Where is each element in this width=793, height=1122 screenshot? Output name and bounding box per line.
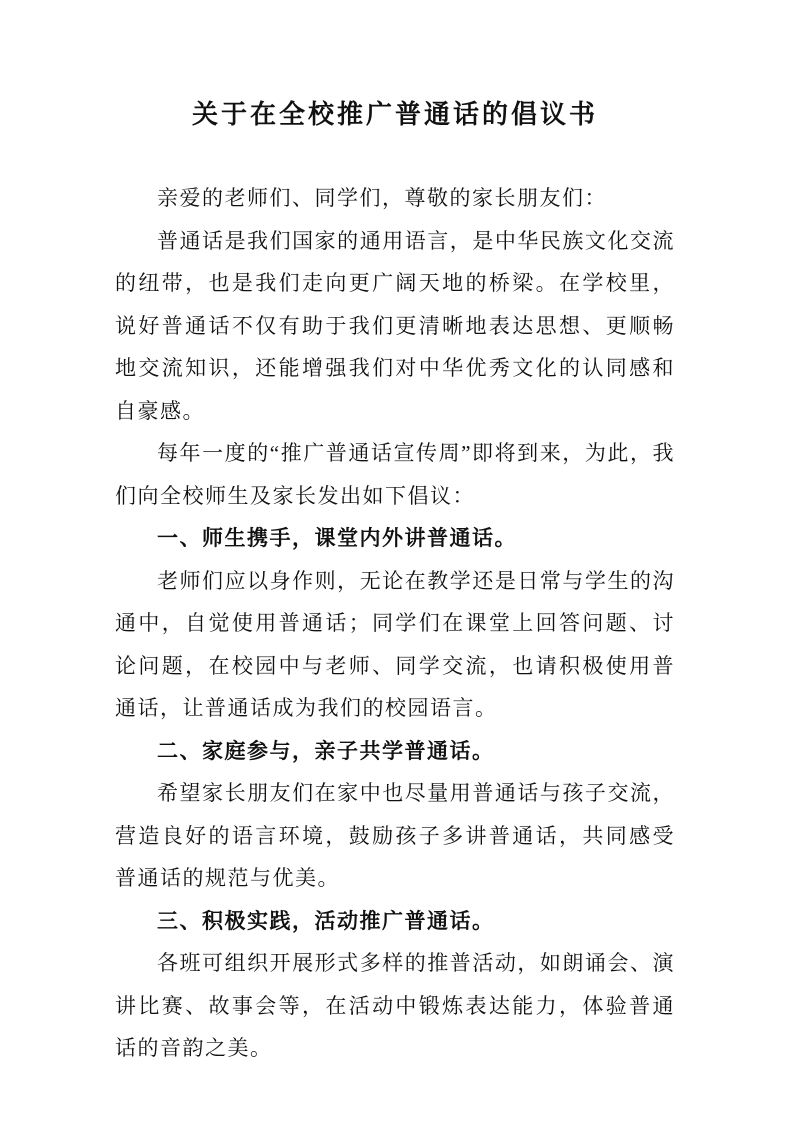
greeting-line: 亲爱的老师们、同学们，尊敬的家长朋友们： <box>115 177 675 220</box>
section-3-heading: 三、积极实践，活动推广普通话。 <box>115 900 675 943</box>
section-1-paragraph: 老师们应以身作则，无论在教学还是日常与学生的沟通中，自觉使用普通话；同学们在课堂… <box>115 560 675 730</box>
document-body: 亲爱的老师们、同学们，尊敬的家长朋友们： 普通话是我们国家的通用语言，是中华民族… <box>115 177 675 1070</box>
document-page: 关于在全校推广普通话的倡议书 亲爱的老师们、同学们，尊敬的家长朋友们： 普通话是… <box>0 0 793 1122</box>
document-title: 关于在全校推广普通话的倡议书 <box>115 0 675 133</box>
intro-paragraph: 普通话是我们国家的通用语言，是中华民族文化交流的纽带，也是我们走向更广阔天地的桥… <box>115 220 675 433</box>
section-2-heading: 二、家庭参与，亲子共学普通话。 <box>115 730 675 773</box>
section-1-heading: 一、师生携手，课堂内外讲普通话。 <box>115 517 675 560</box>
section-3-paragraph: 各班可组织开展形式多样的推普活动，如朗诵会、演讲比赛、故事会等，在活动中锻炼表达… <box>115 942 675 1070</box>
section-2-paragraph: 希望家长朋友们在家中也尽量用普通话与孩子交流，营造良好的语言环境，鼓励孩子多讲普… <box>115 772 675 900</box>
proposal-lead-paragraph: 每年一度的“推广普通话宣传周”即将到来，为此，我们向全校师生及家长发出如下倡议： <box>115 432 675 517</box>
